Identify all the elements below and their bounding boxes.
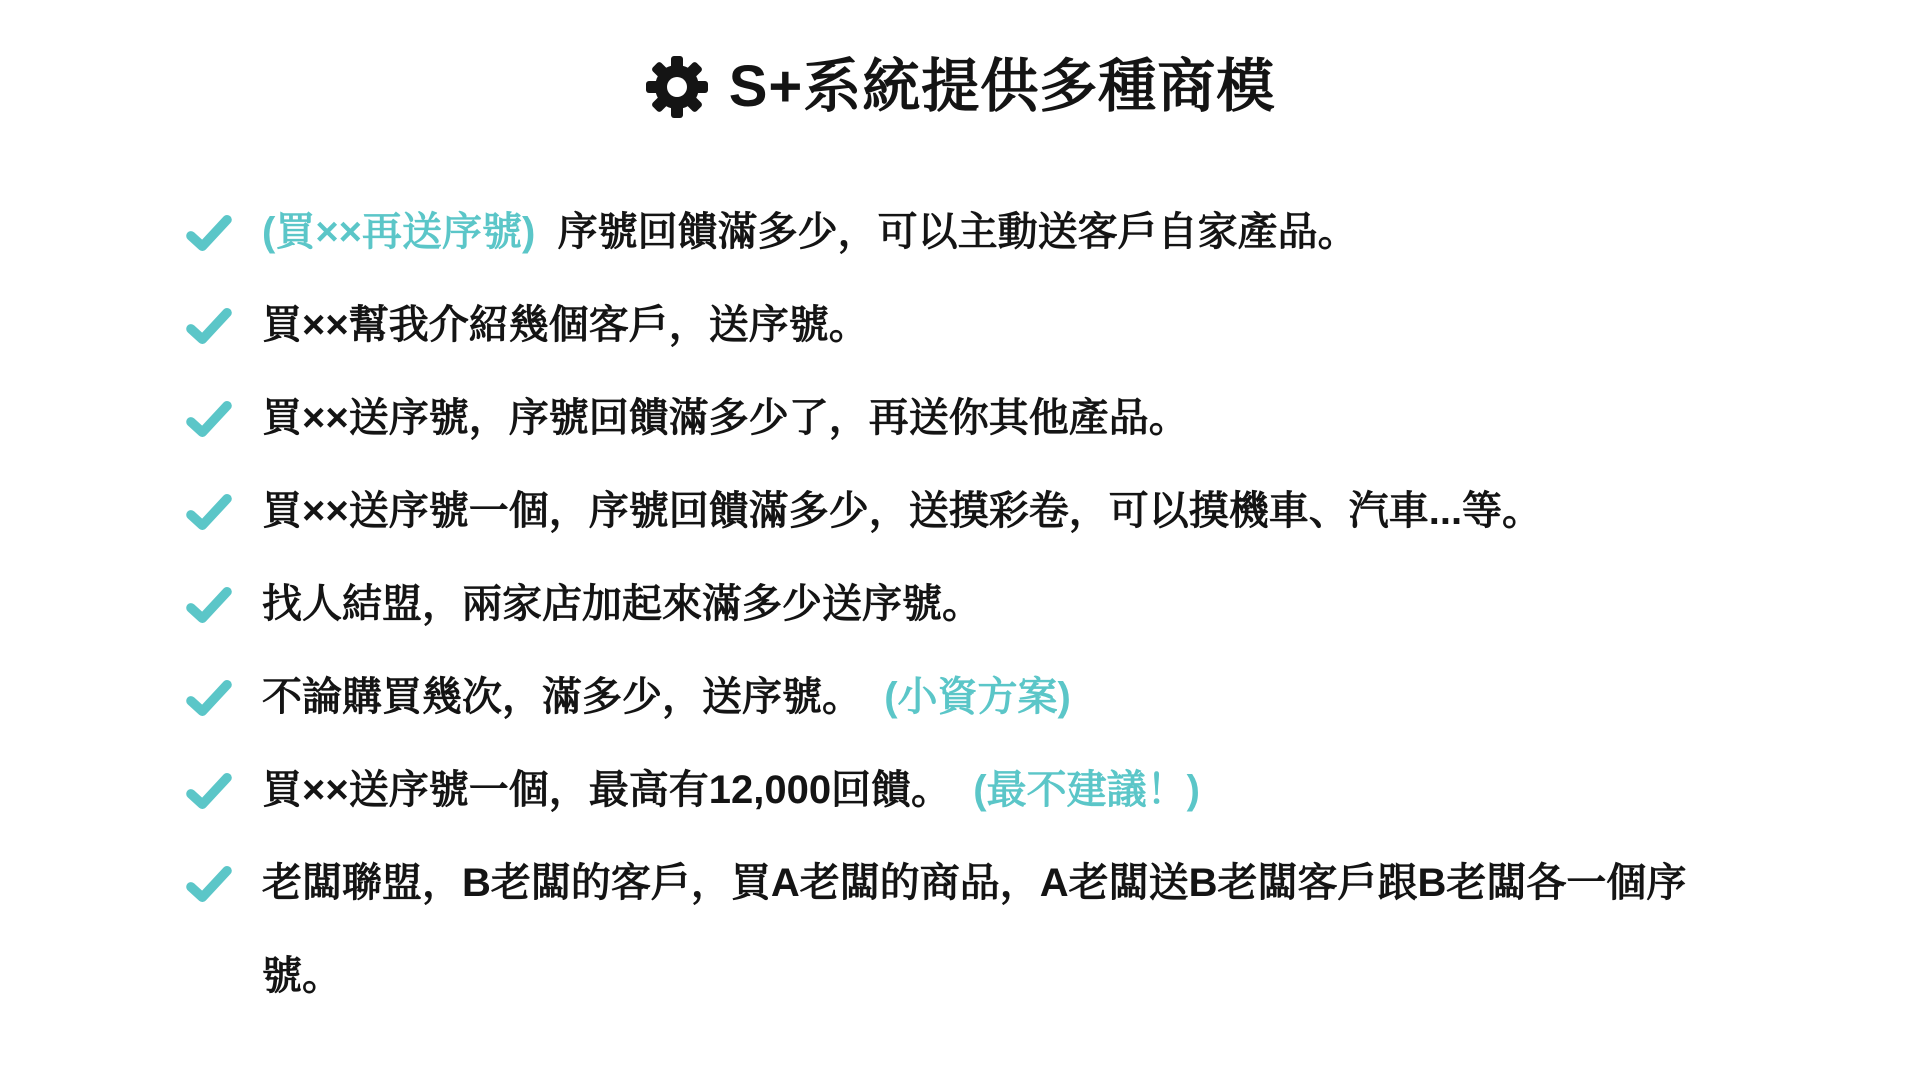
bullet-segment-accent: (小資方案) [862,675,1071,719]
check-icon [186,465,236,558]
bullet-segment: 找人結盟，兩家店加起來滿多少送序號。 [262,582,982,626]
list-item: 買××送序號一個，最高有12,000回饋。 (最不建議！) [186,744,1756,837]
bullet-text: 買××送序號，序號回饋滿多少了，再送你其他產品。 [262,372,1752,465]
check-icon [186,372,236,465]
check-icon [186,279,236,372]
gear-icon [645,55,709,119]
check-icon [186,558,236,651]
list-item: (買××再送序號) 序號回饋滿多少，可以主動送客戶自家產品。 [186,186,1756,279]
check-icon [186,744,236,837]
bullet-segment: 老闆聯盟，B老闆的客戶，買A老闆的商品，A老闆送B老闆客戶跟B老闆各一個序號。 [262,861,1686,998]
bullet-segment: 買××幫我介紹幾個客戶，送序號。 [262,303,869,347]
slide: S+系統提供多種商模 (買××再送序號) 序號回饋滿多少，可以主動送客戶自家產品… [0,0,1920,1080]
bullet-segment-accent: (買××再送序號) [262,210,535,254]
bullet-segment: 買××送序號，序號回饋滿多少了，再送你其他產品。 [262,396,1189,440]
list-item: 老闆聯盟，B老闆的客戶，買A老闆的商品，A老闆送B老闆客戶跟B老闆各一個序號。 [186,837,1756,1023]
check-icon [186,837,236,930]
bullet-segment-accent: (最不建議！) [951,768,1200,812]
slide-header: S+系統提供多種商模 [0,0,1920,124]
bullet-segment: 買××送序號一個，序號回饋滿多少，送摸彩卷，可以摸機車、汽車...等。 [262,489,1542,533]
bullet-text: 買××送序號一個，序號回饋滿多少，送摸彩卷，可以摸機車、汽車...等。 [262,465,1752,558]
list-item: 買××送序號一個，序號回饋滿多少，送摸彩卷，可以摸機車、汽車...等。 [186,465,1756,558]
list-item: 買××幫我介紹幾個客戶，送序號。 [186,279,1756,372]
check-icon [186,186,236,279]
bullet-text: 老闆聯盟，B老闆的客戶，買A老闆的商品，A老闆送B老闆客戶跟B老闆各一個序號。 [262,837,1752,1023]
bullet-text: 找人結盟，兩家店加起來滿多少送序號。 [262,558,1752,651]
page-title: S+系統提供多種商模 [729,50,1276,124]
list-item: 不論購買幾次，滿多少，送序號。 (小資方案) [186,651,1756,744]
list-item: 買××送序號，序號回饋滿多少了，再送你其他產品。 [186,372,1756,465]
bullet-segment: 買××送序號一個，最高有12,000回饋。 [262,768,951,812]
bullet-segment: 不論購買幾次，滿多少，送序號。 [262,675,862,719]
bullet-list: (買××再送序號) 序號回饋滿多少，可以主動送客戶自家產品。 買××幫我介紹幾個… [186,186,1756,1023]
check-icon [186,651,236,744]
bullet-text: 買××幫我介紹幾個客戶，送序號。 [262,279,1752,372]
bullet-text: (買××再送序號) 序號回饋滿多少，可以主動送客戶自家產品。 [262,186,1752,279]
bullet-segment: 序號回饋滿多少，可以主動送客戶自家產品。 [535,210,1357,254]
bullet-text: 不論購買幾次，滿多少，送序號。 (小資方案) [262,651,1752,744]
bullet-text: 買××送序號一個，最高有12,000回饋。 (最不建議！) [262,744,1752,837]
list-item: 找人結盟，兩家店加起來滿多少送序號。 [186,558,1756,651]
